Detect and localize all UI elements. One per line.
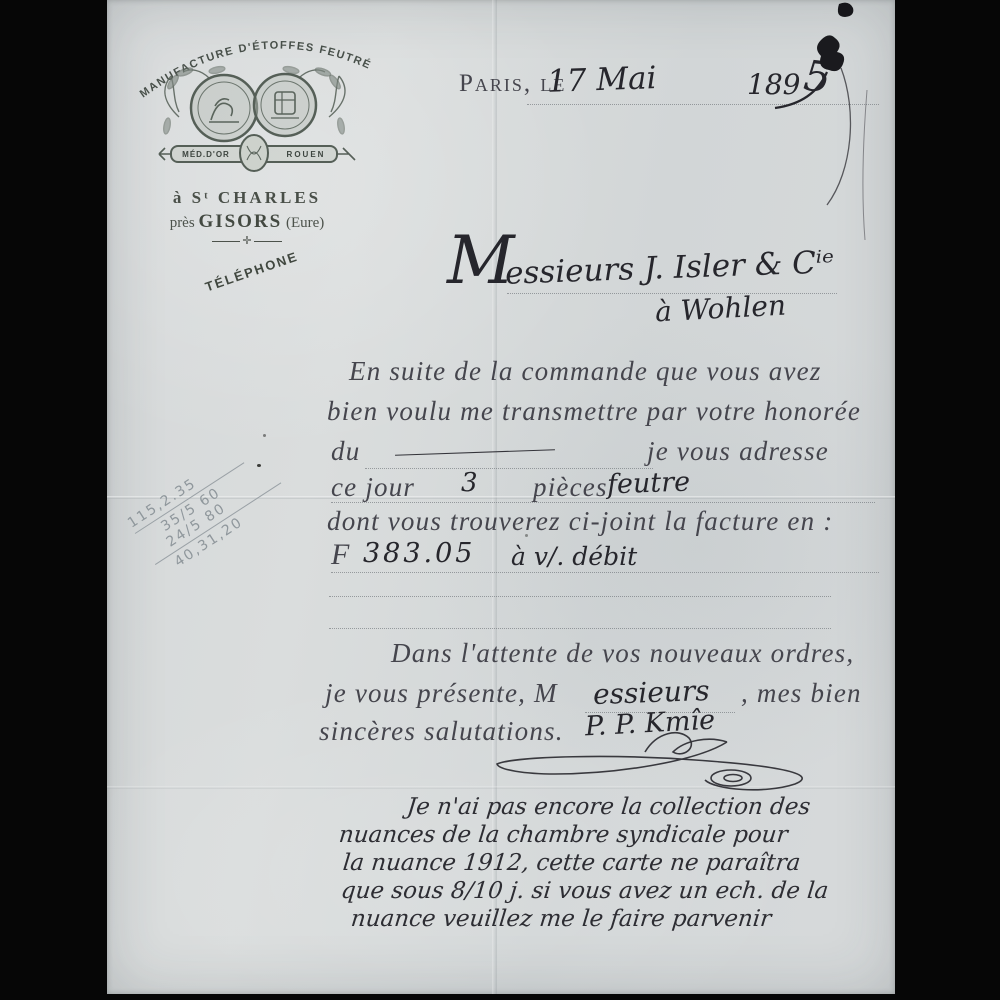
body-line3-du: du	[331, 436, 360, 467]
body-line4-item: feutre	[606, 467, 690, 501]
body-line2: bien voulu me transmettre par votre hono…	[327, 396, 861, 427]
postscript-line-5: nuance veuillez me le faire parvenir	[350, 906, 773, 932]
blank-rule-2	[329, 628, 831, 629]
dateline-handwritten-date: 17 Mai	[546, 60, 657, 100]
body-line3-rest: je vous adresse	[647, 436, 829, 467]
letter-sheet: MANUFACTURE D'ÉTOFFES FEUTRÉES	[107, 0, 895, 994]
medal-right	[254, 74, 316, 136]
body-line4-cejour: ce jour	[331, 472, 415, 503]
pencil-margin-calculation: 115,2.35 35/5 60 24/5 80 40,31,20	[125, 436, 291, 580]
postscript-line-3: la nuance 1912, cette carte ne paraîtra	[342, 850, 802, 876]
closing-line2-post: , mes bien	[741, 678, 862, 709]
postscript-line-2: nuances de la chambre syndicale pour	[338, 822, 789, 848]
svg-text:ROUEN: ROUEN	[287, 150, 326, 159]
letterhead-medals-emblem: MÉD.D'OR ROUEN	[149, 62, 359, 184]
handwritten-dash	[395, 449, 555, 456]
ink-blot	[757, 0, 897, 250]
letterhead-address-line2: près GISORS (Eure)	[137, 211, 357, 233]
letterhead-telephone: TÉLÉPHONE	[203, 249, 300, 295]
body-line5: dont vous trouverez ci-joint la facture …	[327, 506, 833, 537]
body-line6-terms: à v/. débit	[511, 542, 637, 571]
recipient-name: essieurs J. Isler & Cⁱᵉ	[504, 244, 834, 291]
blank-rule-1	[329, 596, 831, 597]
medal-banner: MÉD.D'OR ROUEN	[159, 135, 355, 171]
body-line4-pieces: pièces	[533, 472, 608, 503]
recipient-place: à Wohlen	[654, 289, 786, 329]
closing-line2-pre: je vous présente, M	[325, 678, 558, 709]
body-line1: En suite de la commande que vous avez	[349, 356, 822, 387]
letterhead-town: GISORS	[198, 211, 282, 232]
medal-left	[191, 75, 257, 141]
closing-line1: Dans l'attente de vos nouveaux ordres,	[391, 638, 854, 669]
body-line4-rule	[331, 502, 875, 503]
body-line6-rule	[331, 572, 879, 573]
letterhead-address-line1: à Sᵗ CHARLES	[137, 188, 357, 208]
letterhead-divider-ornament: ✛	[202, 236, 292, 246]
body-line6-currency: F	[331, 538, 351, 572]
postscript-line-4: que sous 8/10 j. si vous avez un ech. de…	[340, 878, 830, 904]
postscript-line-1: Je n'ai pas encore la collection des	[406, 794, 812, 820]
signature-flourish	[495, 726, 845, 804]
body-line6-amount: 383.05	[363, 538, 475, 569]
body-line4-quantity: 3	[461, 468, 478, 498]
scanned-letter-photo: MANUFACTURE D'ÉTOFFES FEUTRÉES	[0, 0, 1000, 1000]
paper-speck	[263, 434, 266, 437]
svg-text:MÉD.D'OR: MÉD.D'OR	[182, 150, 230, 159]
